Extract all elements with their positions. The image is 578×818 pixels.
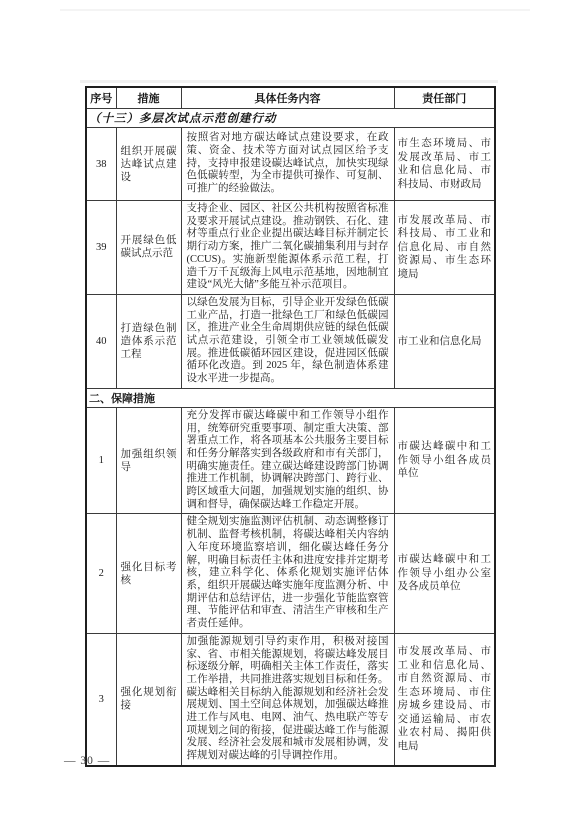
table-header-row: 序号 措施 具体任务内容 责任部门 <box>86 87 495 109</box>
column-header-measure: 措施 <box>116 87 181 109</box>
table-row: 3 强化规划衔接 加强能源规划引导约束作用，积极对接国家、省、市相关能源规划，将… <box>86 633 495 766</box>
measure-cell: 组织开展碳达峰试点建设 <box>116 128 181 201</box>
task-cell: 加强能源规划引导约束作用，积极对接国家、省、市相关能源规划，将碳达峰发展目标逐级… <box>181 633 394 766</box>
task-cell: 按照省对地方碳达峰试点建设要求，在政策、资金、技术等方面对试点园区给予支持，支持… <box>181 128 394 201</box>
task-cell: 支持企业、园区、社区公共机构按照省标准及要求开展试点建设。推动钢铁、石化、建材等… <box>181 201 394 295</box>
measures-table: 序号 措施 具体任务内容 责任部门 （十三）多层次试点示范创建行动 38 组织开… <box>85 86 496 767</box>
dept-cell: 市碳达峰碳中和工作领导小组办公室及各成员单位 <box>394 514 495 633</box>
measure-cell: 强化规划衔接 <box>116 633 181 766</box>
section-title: 二、保障措施 <box>86 388 495 407</box>
table-row: 2 强化目标考核 健全规划实施监测评估机制、动态调整修订机制、监督考核机制，将碳… <box>86 514 495 633</box>
measure-cell: 加强组织领导 <box>116 407 181 514</box>
task-cell: 以绿色发展为目标，引导企业开发绿色低碳工业产品，打造一批绿色工厂和绿色低碳园区，… <box>181 294 394 388</box>
section-row-2: 二、保障措施 <box>86 388 495 407</box>
dept-cell: 市工业和信息化局 <box>394 294 495 388</box>
scan-artifact <box>80 80 498 83</box>
row-number: 3 <box>86 633 116 766</box>
document-page: { "page": { "number_label": "— 30 —" }, … <box>0 0 578 818</box>
measure-cell: 打造绿色制造体系示范工程 <box>116 294 181 388</box>
dept-cell: 市发展改革局、市科技局、市工业和信息化局、市自然资源局、市生态环境局 <box>394 201 495 295</box>
table-row: 39 开展绿色低碳试点示范 支持企业、园区、社区公共机构按照省标准及要求开展试点… <box>86 201 495 295</box>
column-header-task: 具体任务内容 <box>181 87 394 109</box>
column-header-no: 序号 <box>86 87 116 109</box>
task-cell: 健全规划实施监测评估机制、动态调整修订机制、监督考核机制，将碳达峰相关内容纳入年… <box>181 514 394 633</box>
dept-cell: 市生态环境局、市发展改革局、市工业和信息化局、市科技局、市财政局 <box>394 128 495 201</box>
row-number: 40 <box>86 294 116 388</box>
measure-cell: 强化目标考核 <box>116 514 181 633</box>
task-cell: 充分发挥市碳达峰碳中和工作领导小组作用，统筹研究重要事项、制定重大决策、部署重点… <box>181 407 394 514</box>
measure-cell: 开展绿色低碳试点示范 <box>116 201 181 295</box>
section-title: （十三）多层次试点示范创建行动 <box>86 109 495 128</box>
dept-cell: 市碳达峰碳中和工作领导小组各成员单位 <box>394 407 495 514</box>
page-number: — 30 — <box>64 755 110 767</box>
row-number: 1 <box>86 407 116 514</box>
row-number: 38 <box>86 128 116 201</box>
table-row: 1 加强组织领导 充分发挥市碳达峰碳中和工作领导小组作用，统筹研究重要事项、制定… <box>86 407 495 514</box>
section-row-13: （十三）多层次试点示范创建行动 <box>86 109 495 128</box>
table-row: 40 打造绿色制造体系示范工程 以绿色发展为目标，引导企业开发绿色低碳工业产品，… <box>86 294 495 388</box>
table-row: 38 组织开展碳达峰试点建设 按照省对地方碳达峰试点建设要求，在政策、资金、技术… <box>86 128 495 201</box>
scan-artifact <box>60 9 530 11</box>
dept-cell: 市发展改革局、市工业和信息化局、市自然资源局、市生态环境局、市住房城乡建设局、市… <box>394 633 495 766</box>
column-header-dept: 责任部门 <box>394 87 495 109</box>
row-number: 2 <box>86 514 116 633</box>
row-number: 39 <box>86 201 116 295</box>
